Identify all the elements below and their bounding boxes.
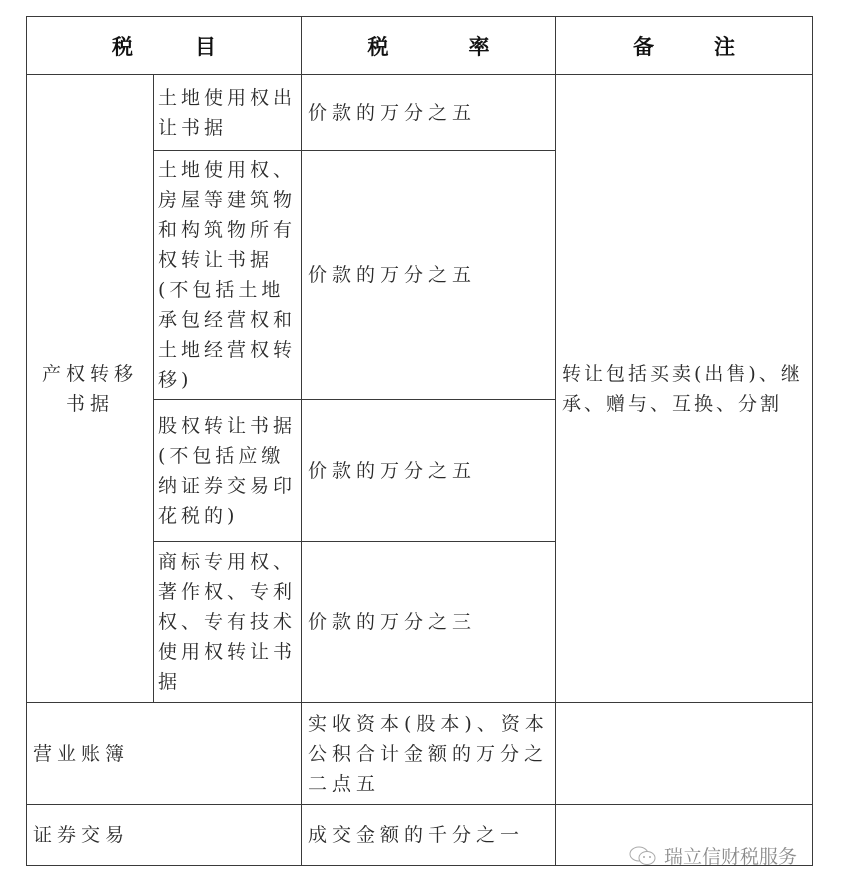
- watermark-text: 瑞立信财税服务: [664, 842, 797, 869]
- note-cell: [556, 703, 813, 805]
- header-note: 备注: [556, 17, 813, 75]
- subitem-cell: 商标专用权、著作权、专利权、专有技术使用权转让书据: [154, 542, 302, 703]
- header-item: 税目: [27, 17, 302, 75]
- category-cell: 产权转移书据: [27, 75, 154, 703]
- rate-cell: 价款的万分之三: [302, 542, 556, 703]
- item-cell: 营业账簿: [27, 703, 302, 805]
- subitem-cell: 土地使用权出让书据: [154, 75, 302, 151]
- rate-cell: 成交金额的千分之一: [302, 805, 556, 866]
- watermark: 瑞立信财税服务: [628, 842, 797, 869]
- table-row: 产权转移书据 土地使用权出让书据 价款的万分之五 转让包括买卖(出售)、继承、赠…: [27, 75, 813, 151]
- wechat-icon: [628, 845, 658, 867]
- header-rate: 税率: [302, 17, 556, 75]
- table-row: 营业账簿 实收资本(股本)、资本公积合计金额的万分之二点五: [27, 703, 813, 805]
- item-cell: 证券交易: [27, 805, 302, 866]
- header-row: 税目 税率 备注: [27, 17, 813, 75]
- subitem-cell: 股权转让书据(不包括应缴纳证券交易印花税的): [154, 400, 302, 542]
- rate-cell: 价款的万分之五: [302, 151, 556, 400]
- rate-cell: 价款的万分之五: [302, 75, 556, 151]
- rate-cell: 实收资本(股本)、资本公积合计金额的万分之二点五: [302, 703, 556, 805]
- subitem-cell: 土地使用权、房屋等建筑物和构筑物所有权转让书据(不包括土地承包经营权和土地经营权…: [154, 151, 302, 400]
- rate-cell: 价款的万分之五: [302, 400, 556, 542]
- stamp-tax-rate-table: 税目 税率 备注 产权转移书据 土地使用权出让书据 价款的万分之五 转让包括买卖…: [26, 16, 813, 866]
- note-cell: 转让包括买卖(出售)、继承、赠与、互换、分割: [556, 75, 813, 703]
